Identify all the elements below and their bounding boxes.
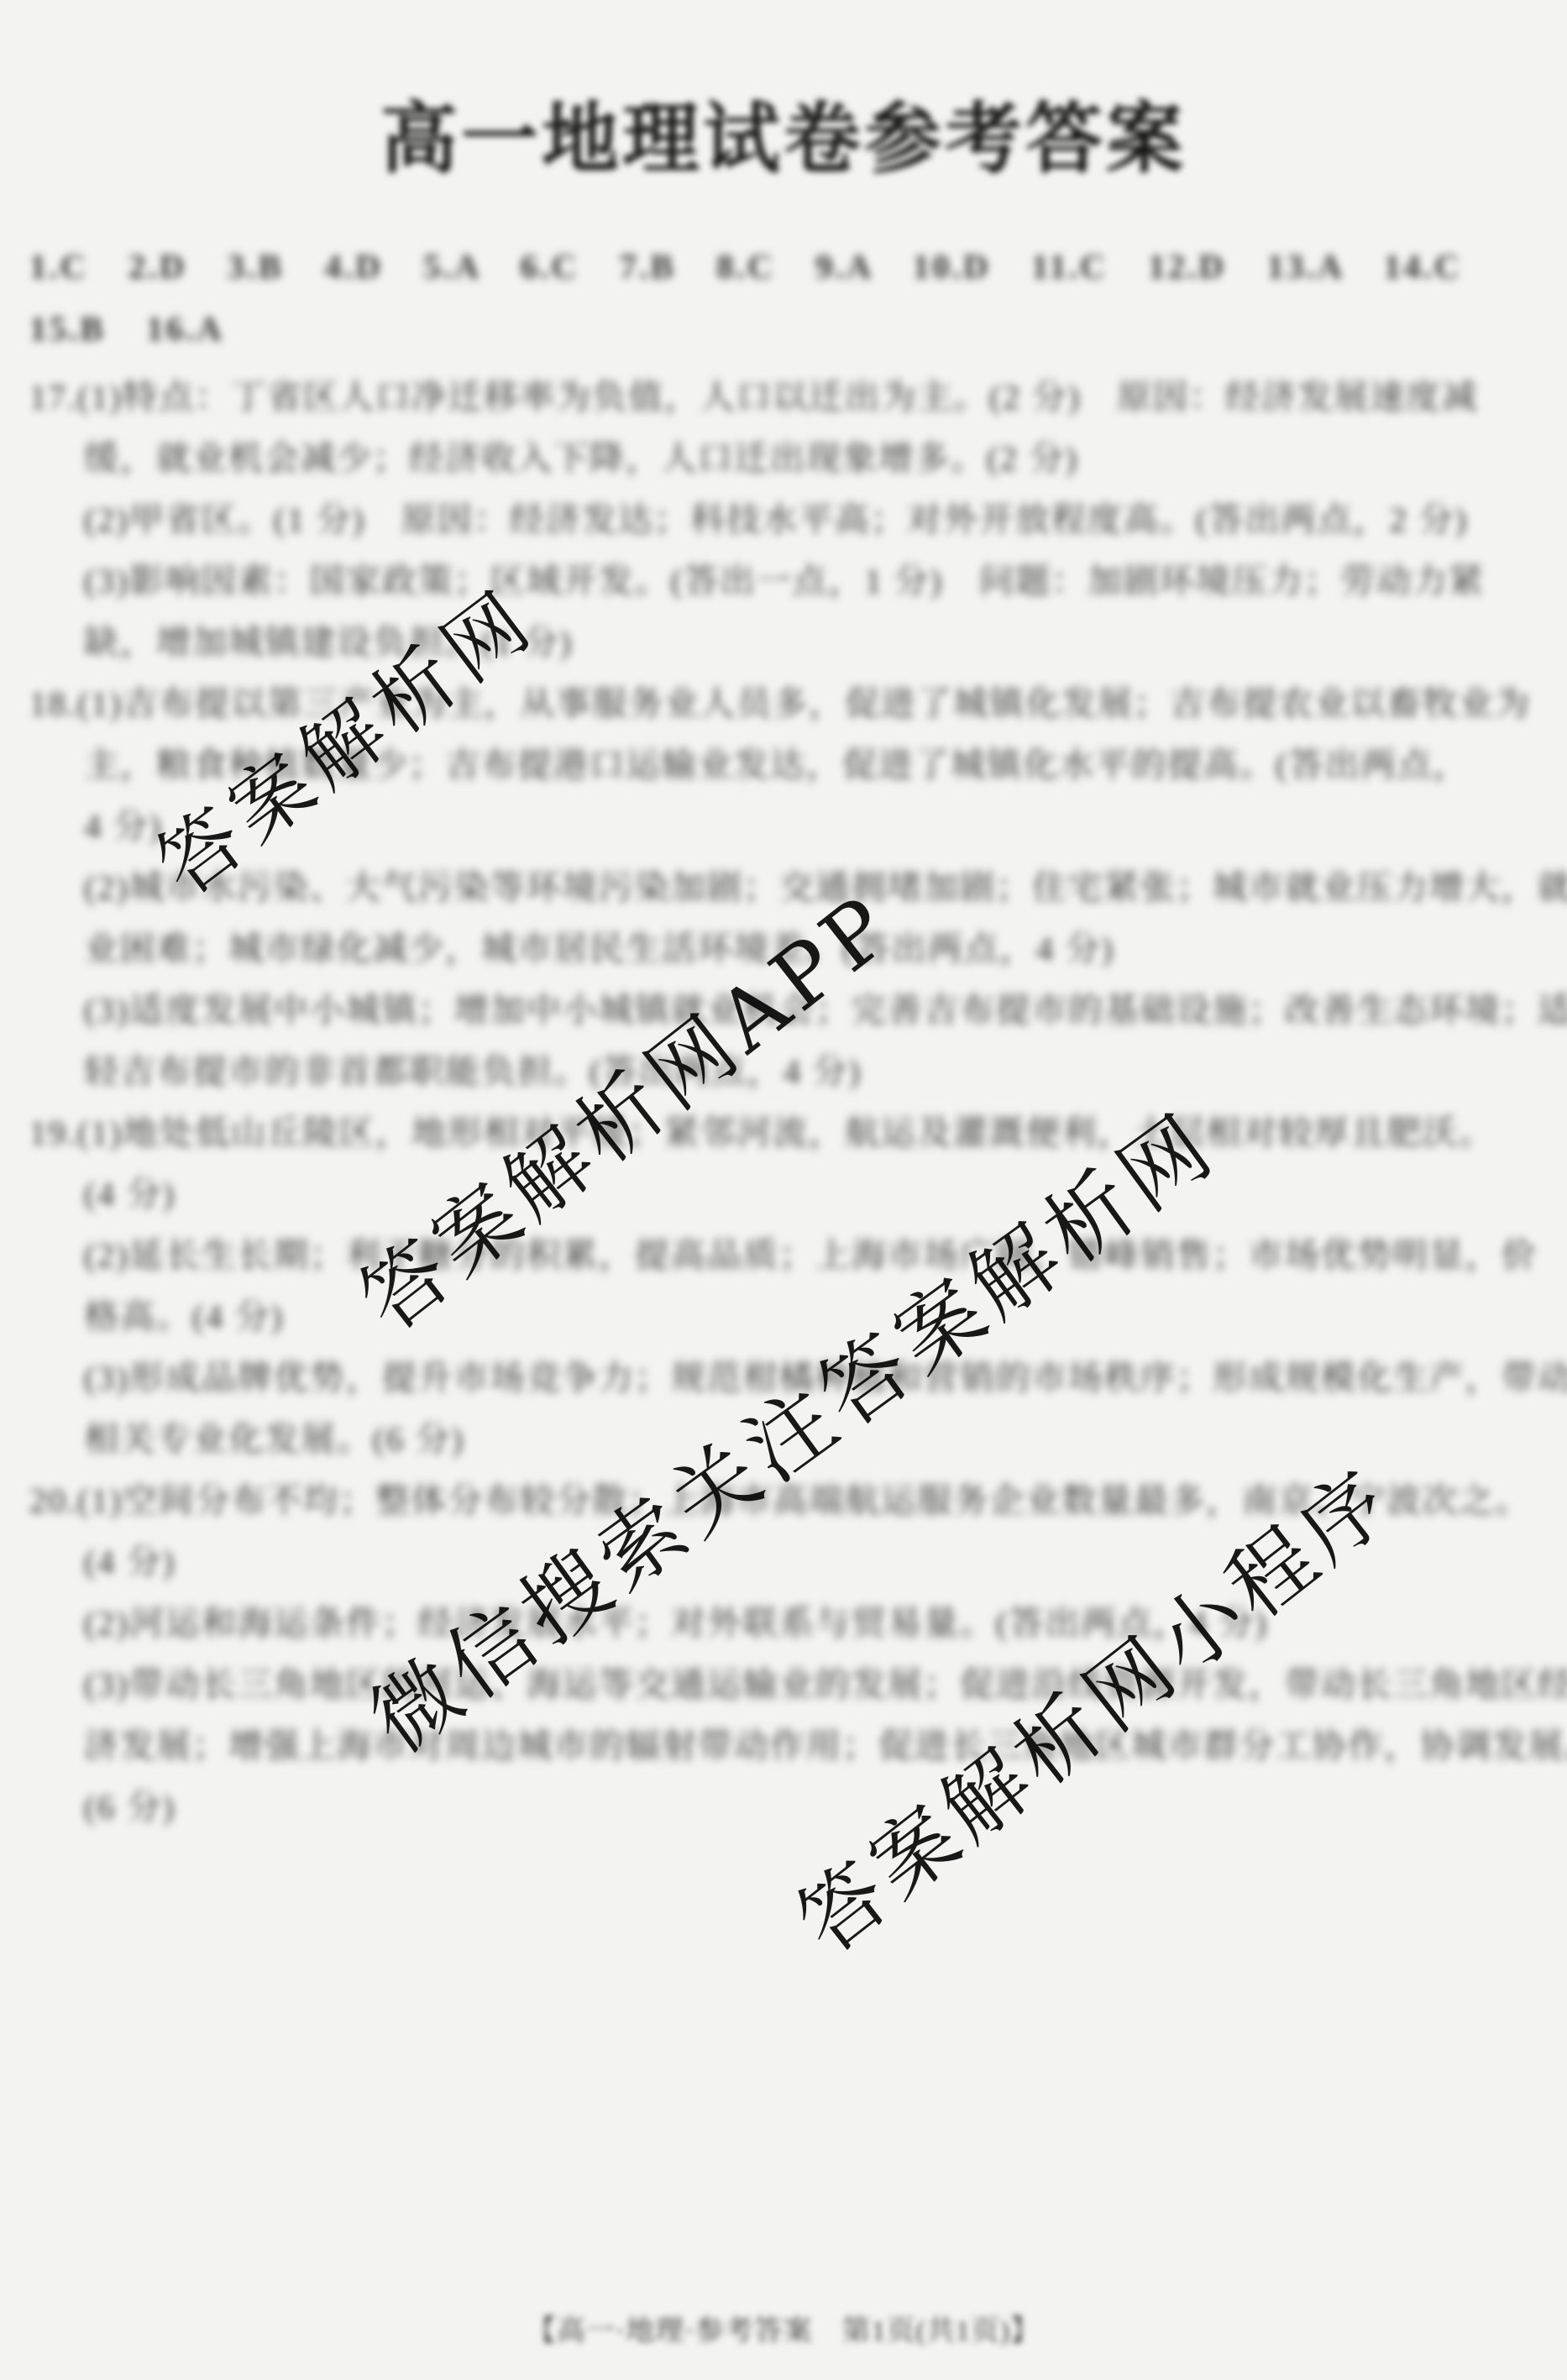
answer-line-19-3b: 相关专业化发展。(6 分) [84, 1411, 464, 1460]
page-title: 高一地理试卷参考答案 [380, 77, 1187, 188]
answer-line-17-1b: 缓，就业机会减少；经济收入下降，人口迁出现象增多。(2 分) [84, 430, 1078, 480]
page-footer: 【高一·地理·参考答案 第1页(共1页)】 [527, 2308, 1040, 2349]
exam-answer-sheet-page: 高一地理试卷参考答案 1.C 2.D 3.B 4.D 5.A 6.C 7.B 8… [0, 0, 1567, 2380]
answer-line-20-1b: (4 分) [84, 1533, 176, 1583]
answer-line-18-2b: 业困难；城市绿化减少，城市居民生活环境差。(答出两点，4 分) [84, 920, 1114, 970]
answer-line-18-1a: 18.(1)吉布提以第三产业为主，从事服务业人员多，促进了城镇化发展；吉布提农业… [29, 675, 1531, 725]
answer-line-20-3b: 济发展；增强上海市对周边城市的辐射带动作用；促进长三角地区城市群分工协作，协调发… [84, 1717, 1567, 1767]
answer-line-19-2a: (2)延长生长期；利于糖分的积累，提高品质；上海市场广阔，错峰销售；市场优势明显… [84, 1227, 1538, 1276]
answer-line-20-3a: (3)带动长三角地区的河运、海运等交通运输业的发展；促进沿线资源开发，带动长三角… [84, 1656, 1567, 1706]
answer-line-17-2: (2)甲省区。(1 分) 原因：经济发达；科技水平高；对外开放程度高。(答出两点… [84, 491, 1468, 541]
answer-line-17-3a: (3)影响因素：国家政策；区域开发。(答出一点，1 分) 问题：加剧环境压力；劳… [84, 553, 1485, 602]
answer-line-19-2b: 格高。(4 分) [84, 1288, 284, 1338]
answer-line-19-1a: 19.(1)地处低山丘陵区，地形相对平缓；紧邻河流，航运及灌溉便利，土层相对较厚… [29, 1104, 1495, 1154]
choice-answers-row: 1.C 2.D 3.B 4.D 5.A 6.C 7.B 8.C 9.A 10.D… [29, 246, 1461, 286]
answer-line-17-1a: 17.(1)特点：丁省区人口净迁移率为负值，人口以迁出为主。(2 分) 原因：经… [29, 369, 1478, 418]
answer-line-20-3c: (6 分) [84, 1779, 176, 1828]
answer-line-19-1b: (4 分) [84, 1166, 176, 1215]
choice-answers-row: 15.B 16.A [29, 308, 224, 349]
